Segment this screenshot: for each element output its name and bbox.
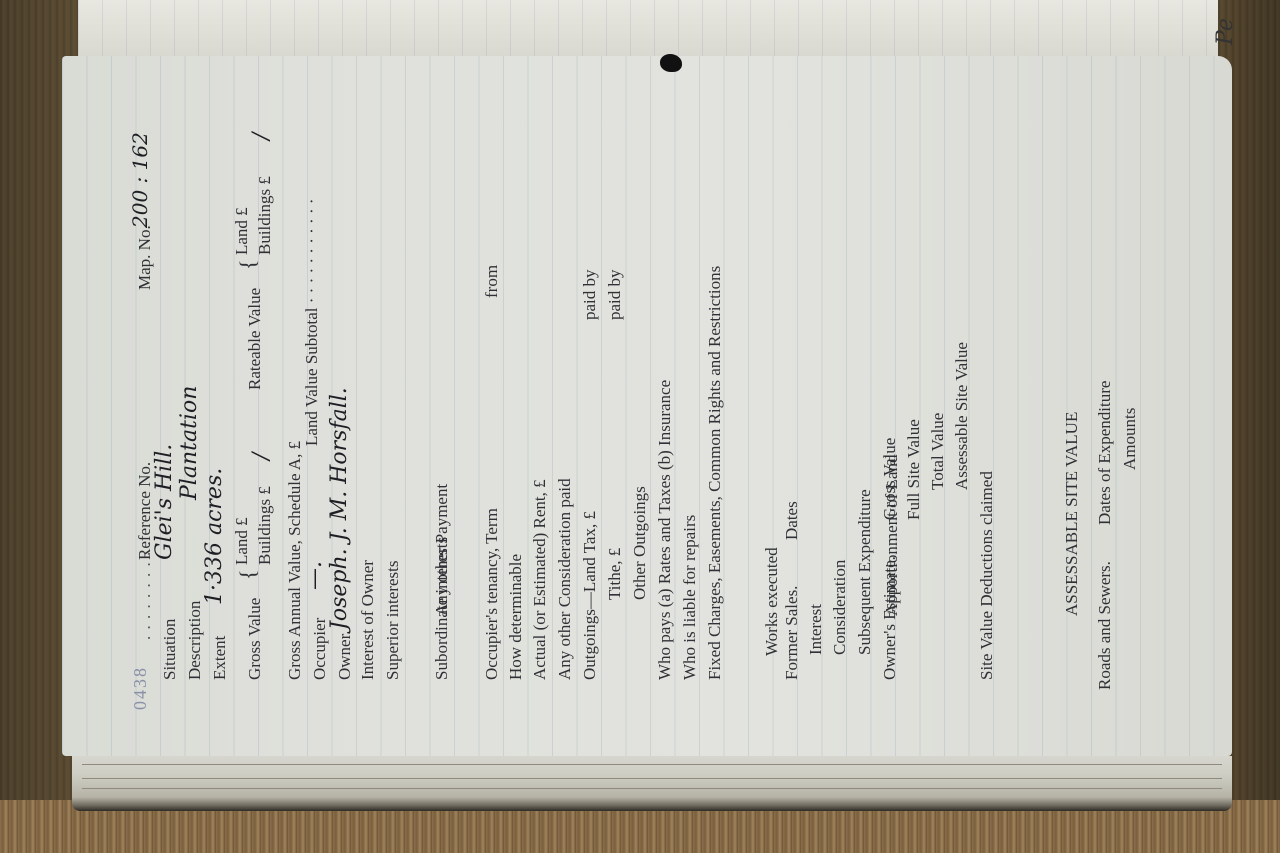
- how-determinable-label: How determinable: [506, 554, 526, 680]
- other-consideration-label: Any other Consideration paid: [555, 478, 575, 680]
- former-sales-interest: Interest: [806, 604, 826, 655]
- tenancy-from-label: from: [482, 265, 502, 298]
- rateable-value-buildings: Buildings £: [255, 176, 275, 255]
- owners-estimate-full-site: Full Site Value: [904, 419, 924, 520]
- roads-sewers-label: Roads and Sewers.: [1095, 561, 1115, 690]
- page-block-edge: [72, 756, 1232, 811]
- ink-blot: [660, 54, 682, 72]
- site-value-deductions-label: Site Value Deductions claimed: [977, 471, 997, 680]
- land-tax-paid-by: paid by: [580, 269, 600, 320]
- ledger-page: Land Value Subtotal · · · · · · · · · · …: [62, 56, 1232, 756]
- stamp-number: 0438: [130, 666, 150, 710]
- former-sales-label: Former Sales.: [782, 586, 802, 680]
- owners-estimate-label: Owner's Estimate.: [880, 556, 900, 680]
- occupier-value[interactable]: —.: [305, 561, 325, 590]
- rent-label: Actual (or Estimated) Rent, £: [530, 479, 550, 680]
- roads-sewers-amounts: Amounts: [1120, 408, 1140, 470]
- superior-interests-label: Superior interests: [383, 561, 403, 680]
- fixed-charges-label: Fixed Charges, Easements, Common Rights …: [705, 266, 725, 680]
- tithe-label: Tithe, £: [605, 548, 625, 600]
- owner-value[interactable]: Joseph. J. M. Horsfall.: [330, 387, 350, 630]
- gross-value-land: Land £: [232, 517, 252, 565]
- owners-estimate-assessable: Assessable Site Value: [952, 342, 972, 490]
- rateable-value-brace: {: [238, 259, 258, 270]
- who-pays-label: Who pays (a) Rates and Taxes (b) Insuran…: [655, 380, 675, 680]
- facing-page-handwriting: Pe: [1213, 5, 1243, 45]
- ruled-lines: [62, 56, 1232, 756]
- situation-label: Situation: [160, 619, 180, 680]
- gross-value-buildings: Buildings £: [255, 486, 275, 565]
- rateable-value-buildings-value[interactable]: /: [252, 133, 272, 140]
- owner-label: Owner: [335, 634, 355, 680]
- gross-value-buildings-value[interactable]: /: [252, 453, 272, 460]
- description-value[interactable]: Plantation: [180, 386, 200, 500]
- land-tax-label: Outgoings—Land Tax, £: [580, 511, 600, 680]
- interest-of-owner-label: Interest of Owner: [358, 560, 378, 680]
- gross-value-brace: {: [238, 569, 258, 580]
- former-sales-consideration: Consideration: [830, 560, 850, 655]
- owners-estimate-gross: Gross Value: [880, 438, 900, 520]
- description-label: Description: [185, 601, 205, 680]
- repairs-label: Who is liable for repairs: [680, 515, 700, 680]
- occupiers-tenancy-label: Occupier's tenancy, Term: [482, 508, 502, 680]
- extent-label: Extent: [210, 636, 230, 680]
- other-outgoings-label: Other Outgoings: [630, 486, 650, 600]
- former-sales-dates: Dates: [782, 501, 802, 540]
- situation-value[interactable]: Glei's Hill.: [155, 444, 175, 560]
- rateable-value-land: Land £: [232, 207, 252, 255]
- owners-estimate-total: Total Value: [928, 413, 948, 490]
- gross-value-label: Gross Value: [245, 598, 265, 680]
- tithe-paid-by: paid by: [605, 269, 625, 320]
- former-sales-subsequent: Subsequent Expenditure: [855, 489, 875, 655]
- facing-page: Pe: [78, 0, 1218, 59]
- rateable-value-label: Rateable Value: [245, 288, 265, 390]
- map-no-value: 200 : 162: [130, 132, 150, 228]
- subordinate-interests-label: Subordinate interests: [432, 537, 452, 680]
- roads-sewers-dates: Dates of Expenditure: [1095, 381, 1115, 525]
- map-no-label: Map. No.: [135, 225, 155, 290]
- extent-value[interactable]: 1·336 acres.: [205, 468, 225, 605]
